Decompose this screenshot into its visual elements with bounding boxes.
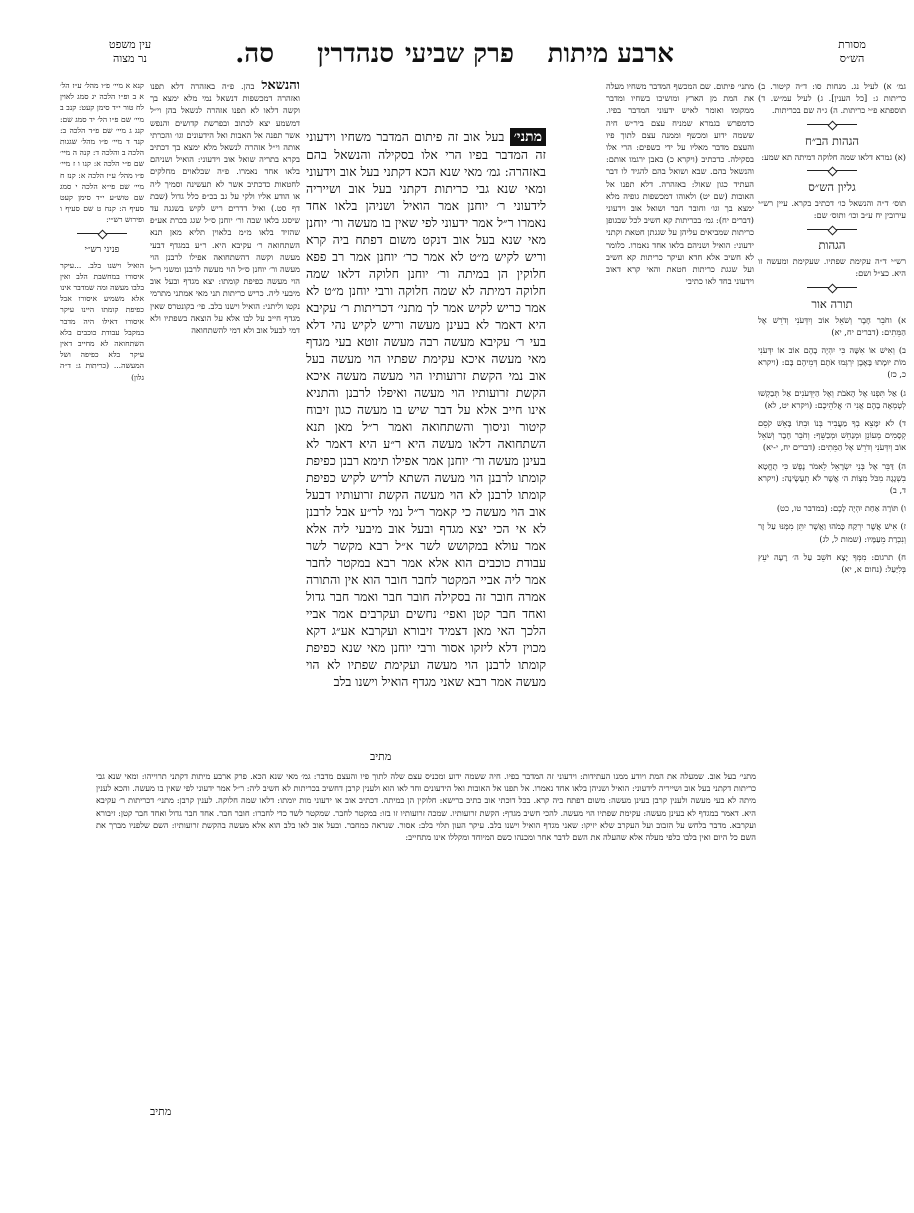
mishna-label: מתני׳	[510, 128, 546, 146]
divider	[758, 284, 906, 292]
hagahot: רש״י ד״ה עקימת שפתיו. שעקימת ומעשה זו הי…	[758, 255, 906, 279]
penei-rashi: הואיל וישנו בלב. ...עיקר איסורו במחשבת ה…	[60, 260, 144, 383]
torah-or-title: תורה אור	[758, 296, 906, 312]
ein-mishpat: קנא א מיי׳ פ״ו מהל׳ ע״ז הל׳ א ב ופ״ו הלכ…	[60, 80, 144, 226]
torah-or-verse: ז) אִישׁ אֲשֶׁר יִרְקַח כָּמֹהוּ וַאֲשֶׁ…	[758, 520, 906, 544]
left-margin: קנא א מיי׳ פ״ו מהל׳ ע״ז הל׳ א ב ופ״ו הלכ…	[60, 80, 144, 480]
hagahot-title: הגהות	[758, 237, 906, 253]
gemara-text: בעל אוב זה פיתום המדבר משחיו וידעוני זה …	[306, 129, 546, 689]
penei-rashi-title: פניני רש״י	[60, 242, 144, 258]
daf-number: סה.	[194, 36, 274, 72]
bottom-catchword: מתיב	[150, 1105, 171, 1118]
tosafot-lead-word: והנשאל	[261, 80, 300, 93]
right-margin: גמ׳ א) לעיל נג. מנחות סו: ד״ה קיטור. ב) …	[758, 80, 906, 880]
torah-or-verse: ד) לֹא יִמָּצֵא בְךָ מַעֲבִיר בְּנוֹ וּב…	[758, 417, 906, 454]
torah-or-verse: א) וחֹבֵר חָבֶר וְשֹׁאֵל אוֹב וְיִדְּעֹנ…	[758, 314, 906, 338]
hagahot-habach: (א) גמרא דלאו שמה חלוקה דמיתה תא שמע:	[758, 151, 906, 163]
hagahot-habach-title: הגהות הב״ח	[758, 133, 906, 149]
divider	[758, 121, 906, 129]
gemara-column: מתני׳ בעל אוב זה פיתום המדבר משחיו וידעו…	[306, 128, 546, 728]
divider	[758, 167, 906, 175]
divider	[758, 225, 906, 233]
torah-or-verse: ה) דַּבֵּר אֶל בְּנֵי יִשְׂרָאֵל לֵאמֹר …	[758, 460, 906, 497]
torah-or-verse: ב) וְאִישׁ אוֹ אִשָּׁה כִּי יִהְיֶה בָהֶ…	[758, 344, 906, 381]
rashi-column: מתני׳ פיתום. שם המכשף המדבר משחיו מעלה א…	[606, 80, 754, 768]
gilyon-hashas-title: גליון הש״ס	[758, 179, 906, 195]
wide-commentary: מתני׳ בעל אוב. שמעלה את המת ויודע ממנו ה…	[96, 770, 756, 1100]
perek-number: פרק שביעי	[404, 36, 514, 72]
torah-or-verse: ח) תרגום: מִמְּךָ יָצָא חֹשֵׁב עַל ה׳ רָ…	[758, 551, 906, 575]
torah-or-verse: ג) אַל תִּפְנוּ אֶל הָאֹבֹת וְאֶל הַיִּד…	[758, 387, 906, 411]
divider	[60, 230, 144, 238]
perek-name: ארבע מיתות	[524, 36, 674, 72]
tosafot-column: והנשאל בהן. פ״ה באזהרה דלא תפנו ואזהרה ד…	[150, 80, 300, 820]
ein-mishpat-title: עין משפט נר מצוה	[90, 38, 170, 66]
rashi-text: מתני׳ פיתום. שם המכשף המדבר משחיו מעלה א…	[606, 81, 754, 286]
wide-commentary-text: מתני׳ בעל אוב. שמעלה את המת ויודע ממנו ה…	[96, 771, 756, 842]
masoret-hashas-title: מסורת הש״ס	[812, 38, 892, 66]
gemara-catchword: מתיב	[370, 750, 391, 763]
torah-or-verse: ו) תּוֹרָה אַחַת יִהְיֶה לָכֶם: (במדבר ט…	[758, 502, 906, 514]
gilyon-hashas: תוס׳ ד״ה והנשאל כו׳ דכתיב בקרא. עיין רש״…	[758, 197, 906, 221]
masechet-name: סנהדרין	[284, 36, 394, 72]
tosafot-text: בהן. פ״ה באזהרה דלא תפנו ואזהרה דמכשפות …	[150, 81, 300, 335]
masoret-hashas: גמ׳ א) לעיל נג. מנחות סו: ד״ה קיטור. ב) …	[758, 80, 906, 117]
